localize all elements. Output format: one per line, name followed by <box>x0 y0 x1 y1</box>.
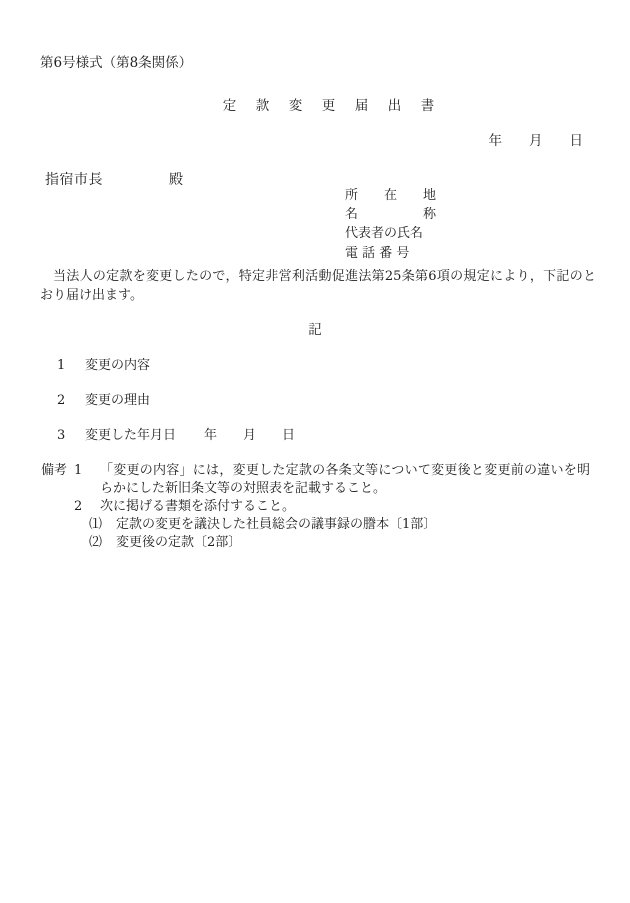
item-number: 1 <box>57 357 85 375</box>
item-number: 2 <box>57 392 85 410</box>
remarks-label: 備考 <box>41 462 74 480</box>
item-text: 変更の理由 <box>85 392 150 410</box>
addressee-name: 指宿市長 <box>45 172 103 188</box>
body-paragraph: 当法人の定款を変更したので，特定非営利活動促進法第25条第6項の規定により，下記… <box>40 267 596 305</box>
item-change-reason: 2 変更の理由 <box>57 392 590 410</box>
applicant-info-block: 所 在 地 名 称 代表者の氏名 電 話 番 号 <box>345 186 590 263</box>
remarks-section: 備考 1 「変更の内容」には，変更した定款の各条文等について変更後と変更前の違い… <box>41 462 590 552</box>
record-marker: 記 <box>40 321 590 340</box>
sub-item-text: 変更後の定款〔2部〕 <box>116 534 241 552</box>
addressee-honorific: 殿 <box>169 172 184 188</box>
date-blank-line: 年 月 日 <box>40 132 590 150</box>
sub-item-number: ⑴ <box>89 516 116 534</box>
applicant-field-name: 名 称 <box>345 205 590 224</box>
item-date-blank: 年 月 日 <box>204 427 295 445</box>
form-number-label: 第6号様式（第8条関係） <box>40 54 590 72</box>
remarks-note-1: 備考 1 「変更の内容」には，変更した定款の各条文等について変更後と変更前の違い… <box>41 462 590 498</box>
note-number: 2 <box>74 498 100 516</box>
item-change-date: 3 変更した年月日 年 月 日 <box>57 427 590 445</box>
applicant-field-address: 所 在 地 <box>345 186 590 205</box>
sub-item-text: 定款の変更を議決した社員総会の議事録の謄本〔1部〕 <box>116 516 436 534</box>
items-list: 1 変更の内容 2 変更の理由 3 変更した年月日 年 月 日 <box>40 357 590 445</box>
applicant-field-representative: 代表者の氏名 <box>345 224 590 243</box>
attachment-item-2: ⑵ 変更後の定款〔2部〕 <box>89 534 590 552</box>
item-number: 3 <box>57 427 85 445</box>
sub-item-number: ⑵ <box>89 534 116 552</box>
note-text: 次に掲げる書類を添付すること。 <box>100 498 590 516</box>
document-title: 定 款 変 更 届 出 書 <box>40 97 590 115</box>
document-page: 第6号様式（第8条関係） 定 款 変 更 届 出 書 年 月 日 指宿市長殿 所… <box>0 0 630 903</box>
note-number: 1 <box>74 462 100 480</box>
item-text: 変更した年月日 <box>85 427 176 445</box>
applicant-field-phone: 電 話 番 号 <box>345 244 590 263</box>
note-text: 「変更の内容」には，変更した定款の各条文等について変更後と変更前の違いを明らかに… <box>100 462 590 498</box>
item-text: 変更の内容 <box>85 357 150 375</box>
remarks-note-2: 2 次に掲げる書類を添付すること。 <box>41 498 590 516</box>
item-change-content: 1 変更の内容 <box>57 357 590 375</box>
attachment-item-1: ⑴ 定款の変更を議決した社員総会の議事録の謄本〔1部〕 <box>89 516 590 534</box>
